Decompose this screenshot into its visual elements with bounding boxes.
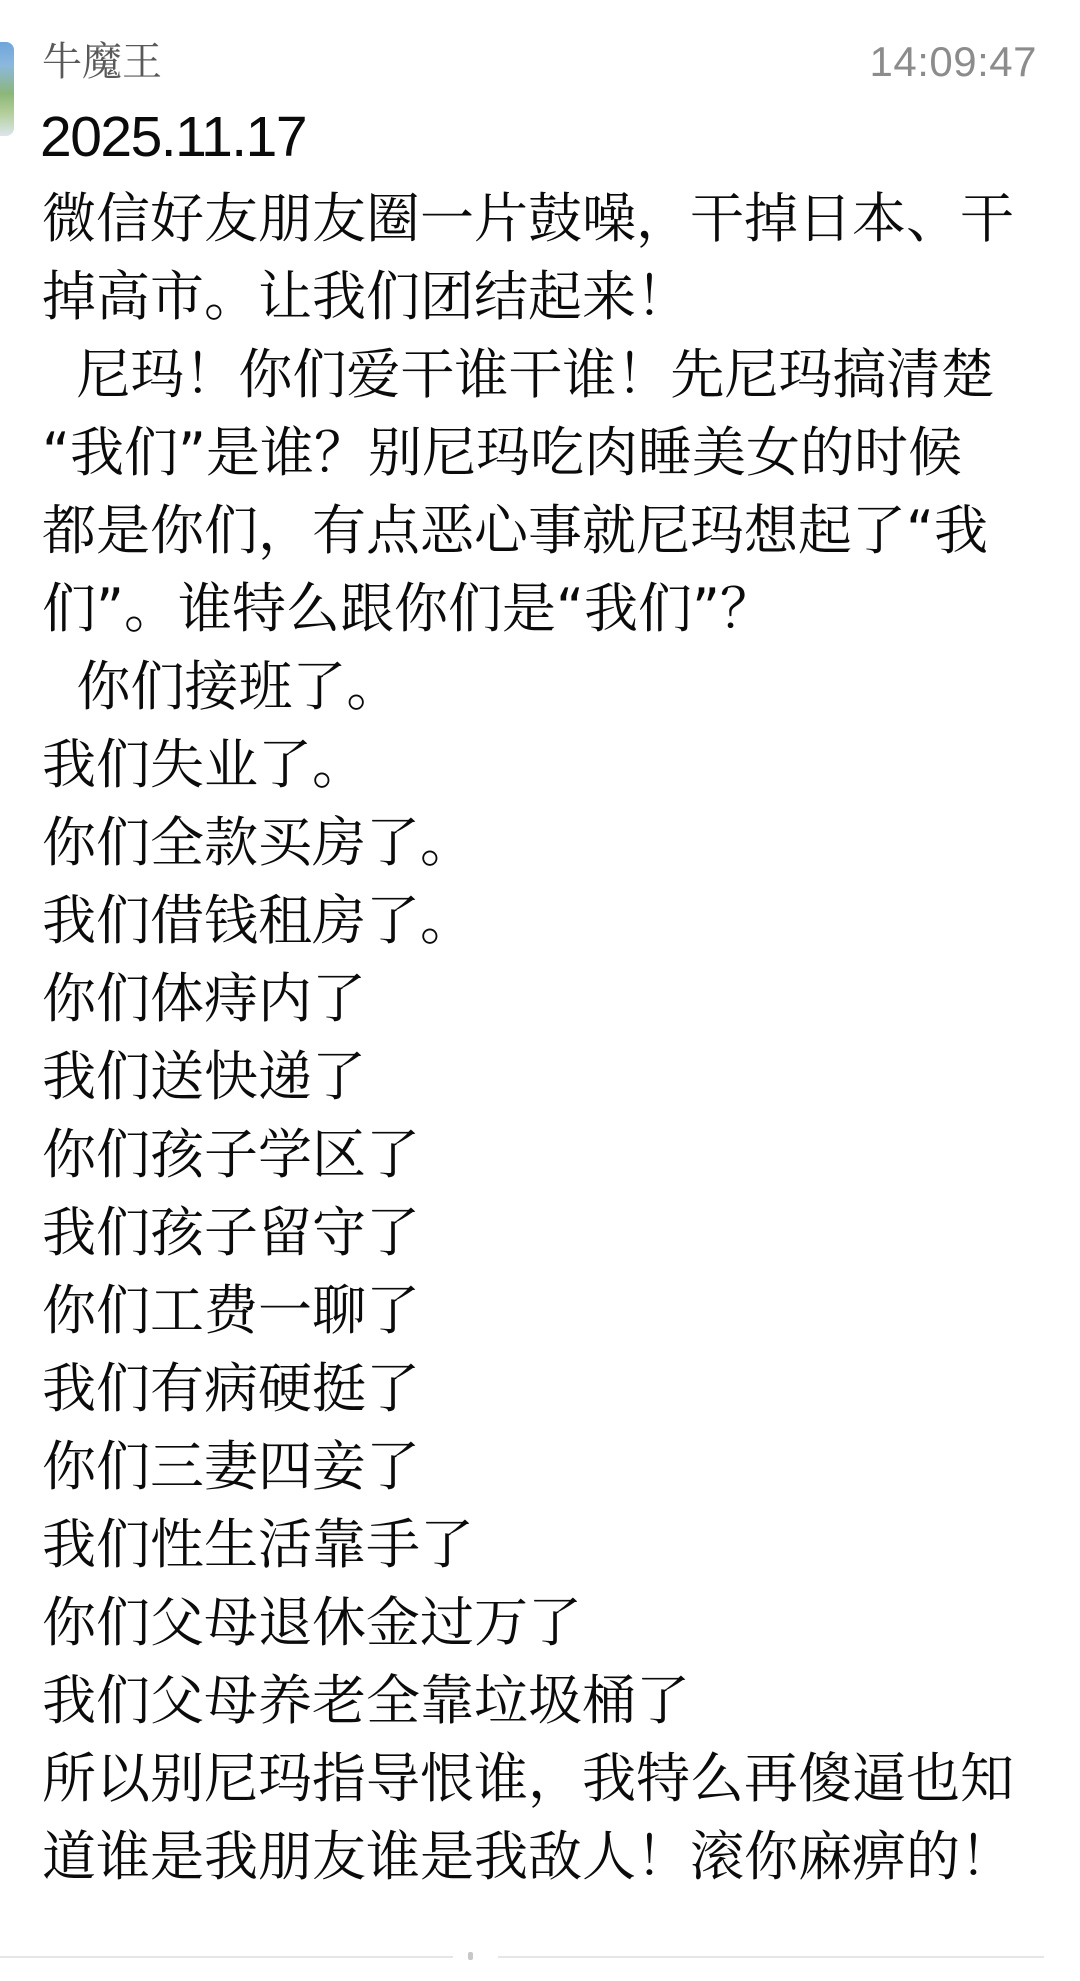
post-line: 道谁是我朋友谁是我敌人！滚你麻痹的！ — [42, 1818, 1042, 1896]
post-line: 掉高市。让我们团结起来！ — [42, 258, 1042, 336]
post-line: 我们性生活靠手了 — [42, 1506, 1042, 1584]
post-line: 你们三妻四妾了 — [42, 1428, 1042, 1506]
post-line: 你们全款买房了。 — [42, 804, 1042, 882]
post-line: “我们”是谁？别尼玛吃肉睡美女的时候 — [42, 414, 1042, 492]
post-line: 你们接班了。 — [42, 648, 1042, 726]
post-line: 我们有病硬挺了 — [42, 1350, 1042, 1428]
post-timestamp: 14:09:47 — [870, 36, 1038, 88]
post-header: 牛魔王 14:09:47 — [42, 36, 1037, 88]
post-line: 所以别尼玛指导恨谁，我特么再傻逼也知 — [42, 1740, 1042, 1818]
post-line: 我们父母养老全靠垃圾桶了 — [42, 1662, 1042, 1740]
divider-left — [0, 1956, 453, 1958]
post-date: 2025.11.17 — [40, 98, 306, 176]
avatar[interactable] — [0, 42, 14, 136]
post-line: 你们工费一聊了 — [42, 1272, 1042, 1350]
divider-handle-icon — [468, 1952, 473, 1960]
post-line: 们”。谁特么跟你们是“我们”？ — [42, 570, 1042, 648]
divider-right — [498, 1956, 1044, 1958]
post-line: 都是你们，有点恶心事就尼玛想起了“我 — [42, 492, 1042, 570]
post-line: 我们借钱租房了。 — [42, 882, 1042, 960]
post-body: 微信好友朋友圈一片鼓噪，干掉日本、干 掉高市。让我们团结起来！ 尼玛！你们爱干谁… — [42, 180, 1042, 1896]
post-line: 微信好友朋友圈一片鼓噪，干掉日本、干 — [42, 180, 1042, 258]
post-line: 你们父母退休金过万了 — [42, 1584, 1042, 1662]
post-line: 我们送快递了 — [42, 1038, 1042, 1116]
post-line: 我们孩子留守了 — [42, 1194, 1042, 1272]
post-line: 你们孩子学区了 — [42, 1116, 1042, 1194]
author-name[interactable]: 牛魔王 — [42, 36, 162, 88]
post-line: 你们体痔内了 — [42, 960, 1042, 1038]
post-line: 我们失业了。 — [42, 726, 1042, 804]
post-line: 尼玛！你们爱干谁干谁！先尼玛搞清楚 — [42, 336, 1042, 414]
